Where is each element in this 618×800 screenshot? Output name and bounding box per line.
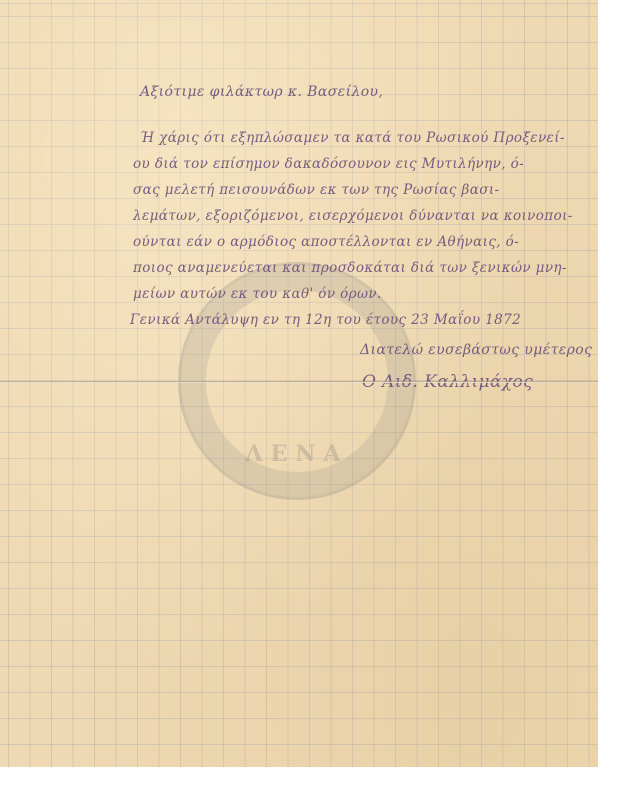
salutation: Αξιότιμε φιλάκτωρ κ. Βασείλου, [140,84,383,100]
stamp-text: ΛΕΝΑ [181,441,413,467]
closing-line: Διατελώ ευσεβάστως υμέτερος [360,342,592,358]
paper-sheet: ΛΕΝΑ Αξιότιμε φιλάκτωρ κ. Βασείλου, Ή χά… [0,0,598,767]
date-line: Γενικά Αντάλυψη εν τη 12η του έτους 23 Μ… [130,312,521,328]
body-line-7: μείων αυτών εκ του καθ' όν όρων. [133,286,382,302]
body-line-5: ούνται εάν ο αρμόδιος αποστέλλονται εν Α… [133,234,519,250]
body-line-4: λεμάτων, εξοριζόμενοι, εισερχόμενοι δύνα… [133,208,573,224]
body-line-2: ου διά τον επίσημον δακαδόσουνον εις Μυτ… [133,156,524,172]
body-line-3: σας μελετή πεισουνάδων εκ των της Ρωσίας… [133,182,500,198]
fold-crease [0,381,598,383]
body-line-1: Ή χάρις ότι εξηπλώσαμεν τα κατά του Ρωσι… [140,130,565,146]
body-line-6: ποιος αναμενεύεται και προσδοκάται διά τ… [133,260,567,276]
